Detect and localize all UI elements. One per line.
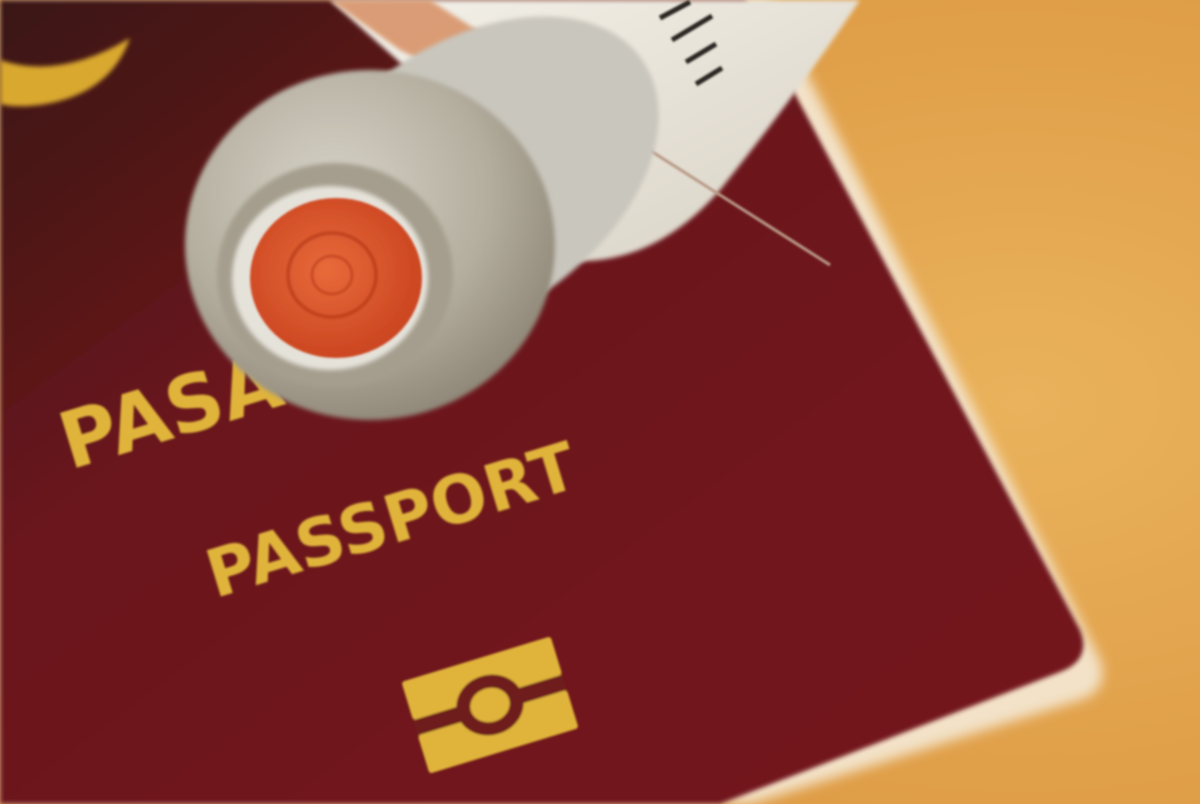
photo-canvas: PASA PASSPORT [0, 0, 1200, 804]
vial-stopper [250, 198, 422, 358]
photo-scene: PASA PASSPORT [0, 0, 1200, 804]
